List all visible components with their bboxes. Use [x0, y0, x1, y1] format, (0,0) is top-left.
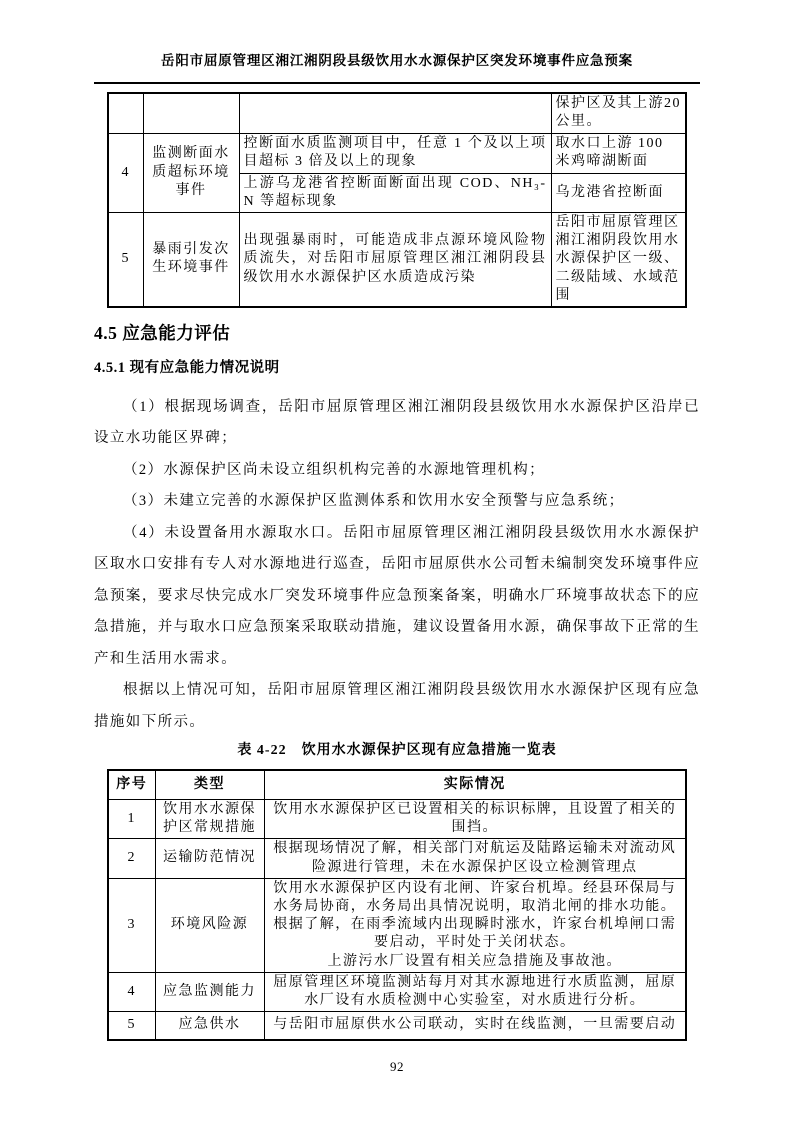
table-row: 5 应急供水 与岳阳市屈原供水公司联动，实时在线监测，一旦需要启动: [108, 1012, 686, 1040]
cell-location: 岳阳市屈原管理区湘江湘阴段饮用水水源保护区一级、二级陆域、水域范围: [551, 212, 686, 307]
column-header-no: 序号: [108, 770, 155, 799]
cell-type: 应急监测能力: [155, 972, 264, 1011]
table-row: 4 应急监测能力 屈原管理区环境监测站每月对其水源地进行水质监测，屈原水厂设有水…: [108, 972, 686, 1011]
cell-description: 出现强暴雨时，可能造成非点源环境风险物质流失，对岳阳市屈原管理区湘江湘阴段县级饮…: [239, 212, 551, 307]
detail-text: 饮用水水源保护区内设有北闸、许家台机埠。经县环保局与水务局协商，水务局出具情况说…: [269, 880, 682, 953]
cell-no: 5: [108, 1012, 155, 1040]
column-header-type: 类型: [155, 770, 264, 799]
table-row: 5 暴雨引发次生环境事件 出现强暴雨时，可能造成非点源环境风险物质流失，对岳阳市…: [108, 212, 686, 307]
cell-empty: [143, 93, 239, 133]
paragraph: （4）未设置备用水源取水口。岳阳市屈原管理区湘江湘阴段县级饮用水水源保护区取水口…: [94, 518, 700, 676]
cell-empty: [239, 93, 551, 133]
cell-detail: 饮用水水源保护区内设有北闸、许家台机埠。经县环保局与水务局协商，水务局出具情况说…: [264, 878, 686, 972]
document-page: 岳阳市屈原管理区湘江湘阴段县级饮用水水源保护区突发环境事件应急预案 保护区及其上…: [0, 0, 793, 1075]
table-caption: 表 4-22 饮用水水源保护区现有应急措施一览表: [94, 740, 700, 761]
measures-table: 序号 类型 实际情况 1 饮用水水源保护区常规措施 饮用水水源保护区已设置相关的…: [107, 769, 687, 1040]
cell-type: 监测断面水质超标环境事件: [143, 133, 239, 212]
section-heading: 4.5 应急能力评估: [94, 321, 700, 346]
cell-description: 控断面水质监测项目中，任意 1 个及以上项目超标 3 倍及以上的现象: [239, 133, 551, 173]
cell-type: 应急供水: [155, 1012, 264, 1040]
cell-description: 上游乌龙港省控断面断面出现 COD、NH₃-N 等超标现象: [239, 173, 551, 212]
cell-detail: 屈原管理区环境监测站每月对其水源地进行水质监测，屈原水厂设有水质检测中心实验室，…: [264, 972, 686, 1011]
table-row: 4 监测断面水质超标环境事件 控断面水质监测项目中，任意 1 个及以上项目超标 …: [108, 133, 686, 173]
paragraph: （2）水源保护区尚未设立组织机构完善的水源地管理机构；: [94, 455, 700, 487]
paragraph: 根据以上情况可知，岳阳市屈原管理区湘江湘阴段县级饮用水水源保护区现有应急措施如下…: [94, 675, 700, 738]
cell-location: 保护区及其上游20公里。: [551, 93, 686, 133]
cell-no: 3: [108, 878, 155, 972]
table-row: 保护区及其上游20公里。: [108, 93, 686, 133]
column-header-detail: 实际情况: [264, 770, 686, 799]
detail-text: 饮用水水源保护区已设置相关的标识标牌，且设置了相关的围挡。: [269, 801, 682, 837]
cell-type: 环境风险源: [155, 878, 264, 972]
paragraph: （1）根据现场调查，岳阳市屈原管理区湘江湘阴段县级饮用水水源保护区沿岸已设立水功…: [94, 392, 700, 455]
body-paragraphs: （1）根据现场调查，岳阳市屈原管理区湘江湘阴段县级饮用水水源保护区沿岸已设立水功…: [94, 392, 700, 739]
cell-location: 乌龙港省控断面: [551, 173, 686, 212]
cell-detail: 饮用水水源保护区已设置相关的标识标牌，且设置了相关的围挡。: [264, 799, 686, 838]
document-header-title: 岳阳市屈原管理区湘江湘阴段县级饮用水水源保护区突发环境事件应急预案: [94, 52, 700, 70]
cell-no: 4: [108, 972, 155, 1011]
cell-type: 暴雨引发次生环境事件: [143, 212, 239, 307]
cell-no: 1: [108, 799, 155, 838]
detail-text: 根据现场情况了解，相关部门对航运及陆路运输未对流动风险源进行管理，未在水源保护区…: [269, 840, 682, 876]
paragraph: （3）未建立完善的水源保护区监测体系和饮用水安全预警与应急系统；: [94, 486, 700, 518]
cell-no: 4: [108, 133, 143, 212]
cell-location: 取水口上游 100 米鸡啼湖断面: [551, 133, 686, 173]
table-row: 3 环境风险源 饮用水水源保护区内设有北闸、许家台机埠。经县环保局与水务局协商，…: [108, 878, 686, 972]
cell-empty: [108, 93, 143, 133]
table-header-row: 序号 类型 实际情况: [108, 770, 686, 799]
cell-type: 饮用水水源保护区常规措施: [155, 799, 264, 838]
cell-no: 5: [108, 212, 143, 307]
detail-text: 与岳阳市屈原供水公司联动，实时在线监测，一旦需要启动: [269, 1016, 682, 1034]
subsection-heading: 4.5.1 现有应急能力情况说明: [94, 358, 700, 379]
header-divider: [94, 82, 700, 84]
detail-text: 屈原管理区环境监测站每月对其水源地进行水质监测，屈原水厂设有水质检测中心实验室，…: [269, 974, 682, 1010]
detail-text: 上游污水厂设置有相关应急措施及事故池。: [269, 953, 682, 971]
cell-detail: 根据现场情况了解，相关部门对航运及陆路运输未对流动风险源进行管理，未在水源保护区…: [264, 839, 686, 878]
cell-type: 运输防范情况: [155, 839, 264, 878]
page-number: 92: [94, 1059, 700, 1075]
table-row: 2 运输防范情况 根据现场情况了解，相关部门对航运及陆路运输未对流动风险源进行管…: [108, 839, 686, 878]
cell-detail: 与岳阳市屈原供水公司联动，实时在线监测，一旦需要启动: [264, 1012, 686, 1040]
risk-events-table: 保护区及其上游20公里。 4 监测断面水质超标环境事件 控断面水质监测项目中，任…: [107, 92, 687, 308]
cell-no: 2: [108, 839, 155, 878]
table-row: 1 饮用水水源保护区常规措施 饮用水水源保护区已设置相关的标识标牌，且设置了相关…: [108, 799, 686, 838]
